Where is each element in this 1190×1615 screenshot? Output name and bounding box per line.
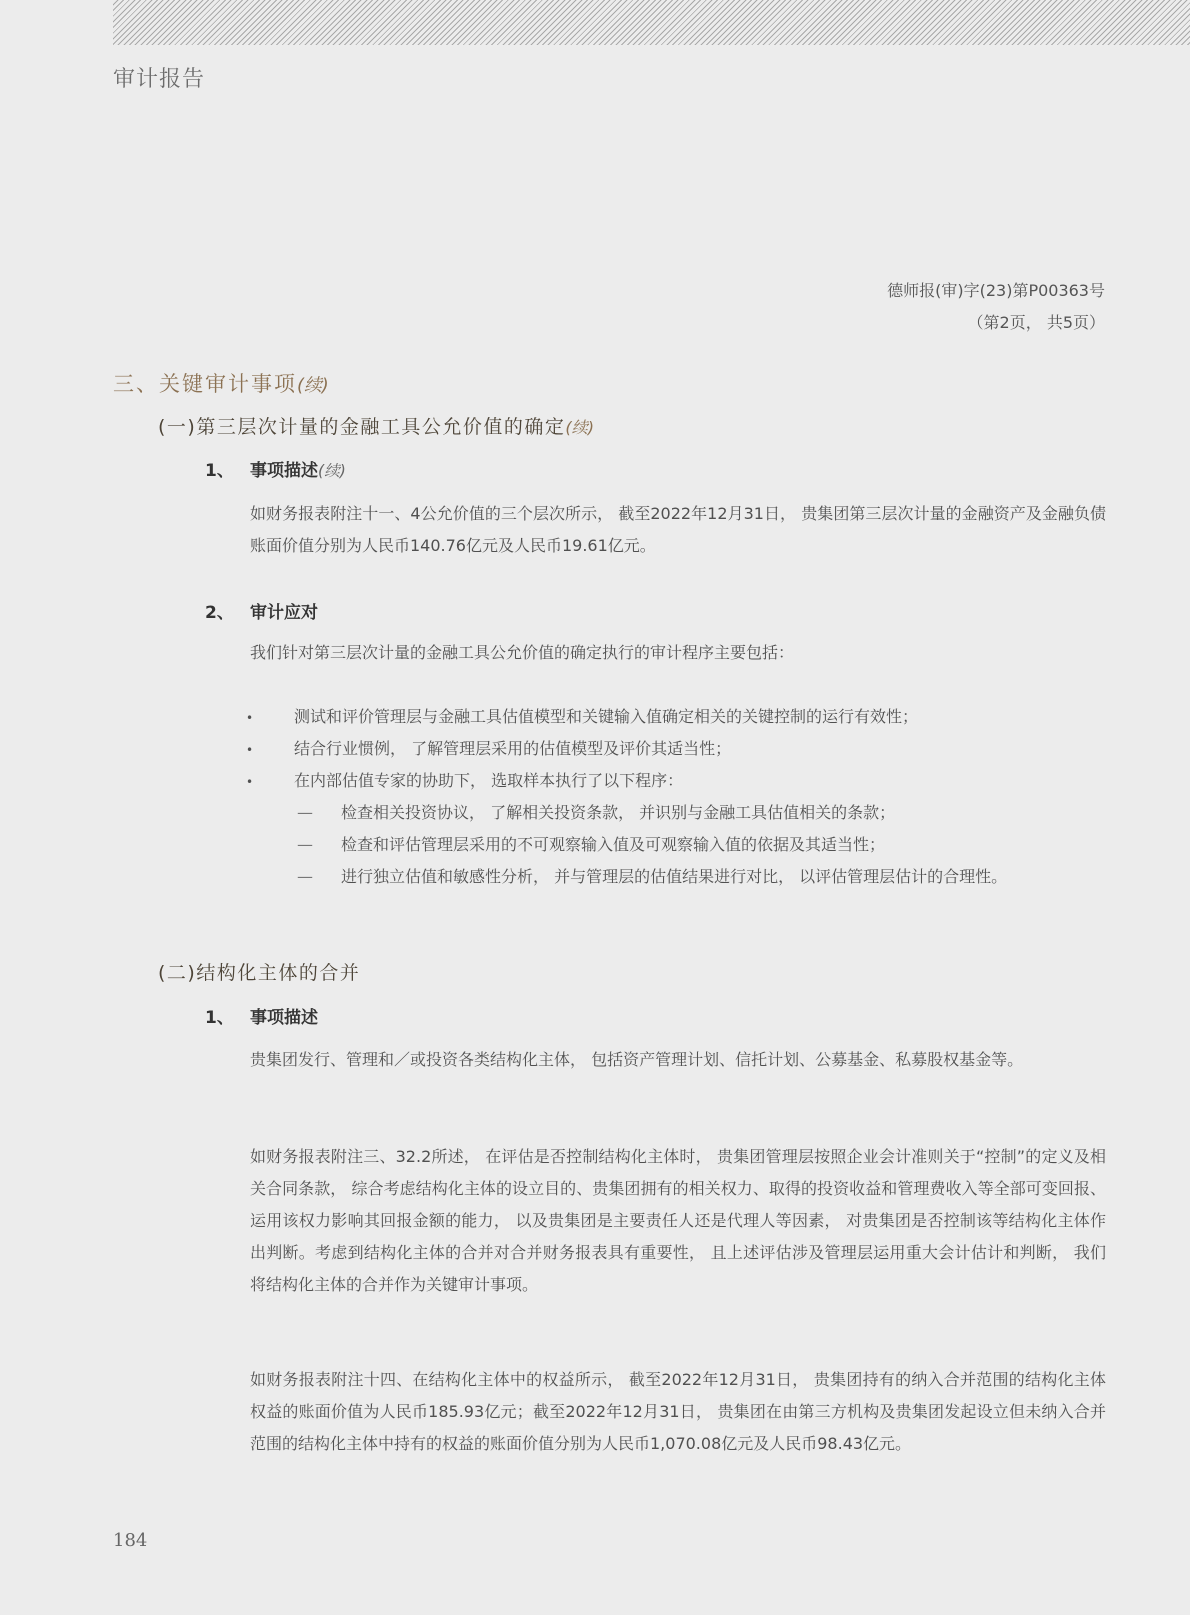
page-of-indicator: （第2页， 共5页） — [968, 310, 1105, 333]
paragraph-intro: 我们针对第三层次计量的金融工具公允价值的确定执行的审计程序主要包括： — [250, 637, 1106, 669]
bullet-item: •测试和评价管理层与金融工具估值模型和关键输入值确定相关的关键控制的运行有效性； — [246, 701, 1106, 734]
subsection-title: (二)结构化主体的合并 — [158, 962, 360, 984]
item-heading-description: 1、事项描述 — [205, 1003, 318, 1028]
paragraph: 贵集团发行、管理和／或投资各类结构化主体， 包括资产管理计划、信托计划、公募基金… — [250, 1044, 1106, 1076]
item-title: 事项描述 — [250, 1008, 318, 1028]
reference-number: 德师报(审)字(23)第P00363号 — [887, 278, 1105, 301]
page-number: 184 — [113, 1530, 147, 1551]
item-title: 事项描述 — [250, 461, 318, 481]
sub-bullet-item: —检查相关投资协议， 了解相关投资条款， 并识别与金融工具估值相关的条款； — [297, 797, 1107, 829]
bullet-icon: • — [246, 702, 294, 734]
subsection-title: (一)第三层次计量的金融工具公允价值的确定 — [158, 416, 565, 438]
running-title: 审计报告 — [113, 62, 205, 93]
item-number: 2、 — [205, 598, 250, 623]
dash-icon: — — [297, 797, 341, 829]
sub-bullet-text: 检查相关投资协议， 了解相关投资条款， 并识别与金融工具估值相关的条款； — [341, 797, 1107, 829]
paragraph: 如财务报表附注三、32.2所述， 在评估是否控制结构化主体时， 贵集团管理层按照… — [250, 1141, 1106, 1301]
sub-bullet-item: —检查和评估管理层采用的不可观察输入值及可观察输入值的依据及其适当性； — [297, 829, 1107, 861]
continued-marker: (续) — [318, 461, 346, 480]
sub-bullet-text: 进行独立估值和敏感性分析， 并与管理层的估值结果进行对比， 以评估管理层估计的合… — [341, 861, 1107, 893]
bullet-text: 结合行业惯例， 了解管理层采用的估值模型及评价其适当性； — [294, 739, 731, 758]
paragraph: 如财务报表附注十四、在结构化主体中的权益所示， 截至2022年12月31日， 贵… — [250, 1364, 1106, 1460]
continued-marker: (续) — [565, 418, 594, 437]
item-number: 1、 — [205, 456, 250, 481]
bullet-icon: • — [246, 734, 294, 766]
item-title: 审计应对 — [250, 603, 318, 623]
dash-icon: — — [297, 829, 341, 861]
paragraph: 如财务报表附注十一、4公允价值的三个层次所示， 截至2022年12月31日， 贵… — [250, 498, 1106, 562]
bullet-icon: • — [246, 766, 294, 798]
section-title: 三、关键审计事项 — [113, 372, 297, 396]
section-heading: 三、关键审计事项(续) — [113, 368, 329, 398]
sub-bullet-text: 检查和评估管理层采用的不可观察输入值及可观察输入值的依据及其适当性； — [341, 829, 1107, 861]
bullet-text: 测试和评价管理层与金融工具估值模型和关键输入值确定相关的关键控制的运行有效性； — [294, 707, 918, 726]
sub-bullet-item: —进行独立估值和敏感性分析， 并与管理层的估值结果进行对比， 以评估管理层估计的… — [297, 861, 1107, 893]
bullet-item: •结合行业惯例， 了解管理层采用的估值模型及评价其适当性； — [246, 733, 1106, 766]
item-heading-audit-response: 2、审计应对 — [205, 598, 318, 623]
bullet-text: 在内部估值专家的协助下， 选取样本执行了以下程序： — [294, 771, 683, 790]
subsection-heading-1: (一)第三层次计量的金融工具公允价值的确定(续) — [158, 412, 594, 439]
subsection-heading-2: (二)结构化主体的合并 — [158, 958, 360, 985]
item-number: 1、 — [205, 1003, 250, 1028]
bullet-item: •在内部估值专家的协助下， 选取样本执行了以下程序： — [246, 765, 1106, 798]
dash-icon: — — [297, 861, 341, 893]
continued-marker: (续) — [297, 375, 329, 396]
item-heading-description: 1、事项描述(续) — [205, 456, 346, 481]
decorative-hatch-band — [113, 0, 1190, 45]
